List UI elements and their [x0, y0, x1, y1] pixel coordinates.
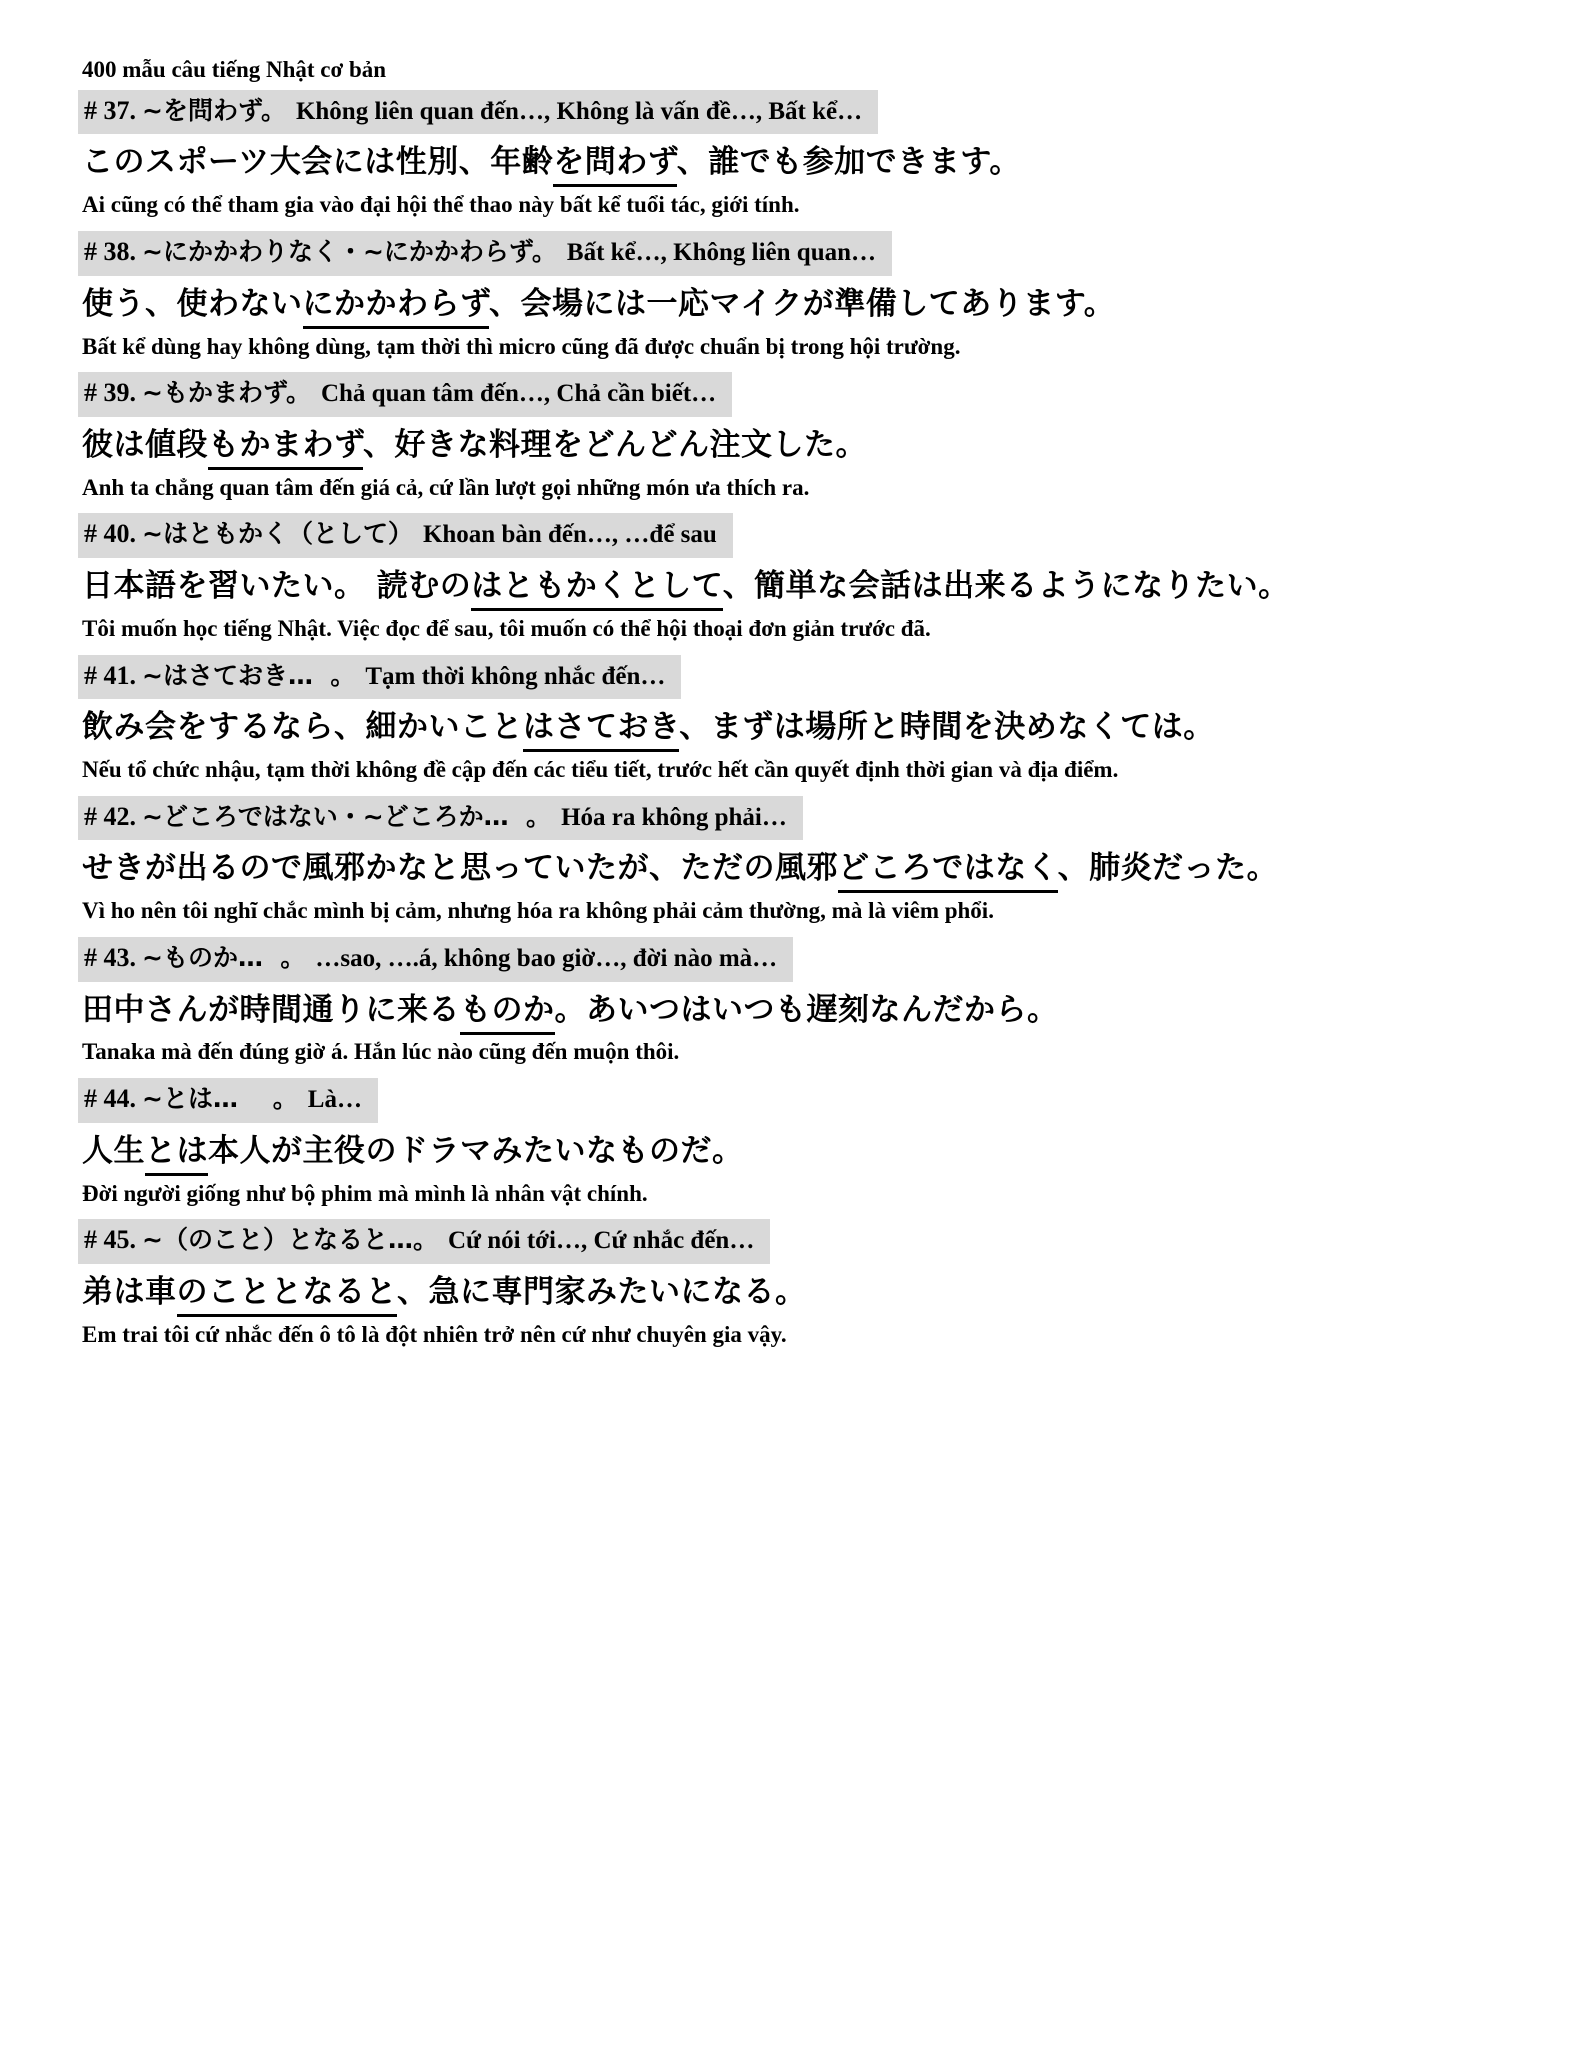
doc-title: 400 mẫu câu tiếng Nhật cơ bản	[82, 55, 1493, 85]
jp-text-pre: 日本語を習いたい。 読むの	[82, 568, 471, 604]
entry-header: # 37.~を問わず。Không liên quan đến…, Không l…	[78, 90, 878, 135]
jp-underlined-grammar: ものか	[460, 992, 555, 1035]
grammar-pattern-jp: ~（のこと）となると…。	[142, 1225, 438, 1254]
entry-header: # 43.~ものか… 。…sao, ….á, không bao giờ…, đ…	[78, 937, 793, 982]
jp-text-post: 、まずは場所と時間を決めなくては。	[679, 709, 1215, 745]
entry-header: # 45.~（のこと）となると…。Cứ nói tới…, Cứ nhắc đế…	[78, 1219, 770, 1264]
jp-text-post: 、好きな料理をどんどん注文した。	[363, 427, 867, 463]
jp-underlined-grammar: どころではなく	[838, 850, 1058, 893]
entry-header: # 41.~はさておき… 。Tạm thời không nhắc đến…	[78, 655, 681, 700]
example-sentence-jp: 飲み会をするなら、細かいことはさておき、まずは場所と時間を決めなくては。	[82, 705, 1493, 750]
pattern-meaning-vi: Cứ nói tới…, Cứ nhắc đến…	[448, 1227, 754, 1254]
jp-underlined-grammar: にかかわらず	[303, 286, 490, 329]
jp-underlined-grammar: のこととなると	[177, 1274, 398, 1317]
jp-text-pre: 飲み会をするなら、細かいこと	[82, 709, 523, 745]
example-sentence-jp: 日本語を習いたい。 読むのはともかくとして、簡単な会話は出来るようになりたい。	[82, 564, 1493, 609]
jp-underlined-grammar: はさておき	[523, 709, 679, 752]
jp-text-post: 。あいつはいつも遅刻なんだから。	[555, 992, 1059, 1028]
entry-header: # 40.~はともかく（として）Khoan bàn đến…, …để sau	[78, 513, 733, 558]
entry-number: # 44.	[84, 1084, 136, 1113]
grammar-entry-44: # 44.~とは… 。Là… 人生とは本人が主役のドラマみたいなものだ。 Đời…	[78, 1078, 1493, 1208]
grammar-entry-40: # 40.~はともかく（として）Khoan bàn đến…, …để sau …	[78, 513, 1493, 643]
jp-text-pre: 弟は車	[82, 1274, 177, 1310]
grammar-entry-45: # 45.~（のこと）となると…。Cứ nói tới…, Cứ nhắc đế…	[78, 1219, 1493, 1349]
entry-number: # 39.	[84, 378, 136, 407]
grammar-pattern-jp: ~を問わず。	[142, 96, 286, 125]
entry-header: # 42.~どころではない・~どころか… 。Hóa ra không phải…	[78, 796, 803, 841]
grammar-pattern-jp: ~はさておき… 。	[142, 661, 355, 690]
jp-text-pre: このスポーツ大会には性別、年齢	[82, 144, 553, 180]
grammar-entry-42: # 42.~どころではない・~どころか… 。Hóa ra không phải……	[78, 796, 1493, 926]
entry-number: # 38.	[84, 237, 136, 266]
jp-text-pre: 使う、使わない	[82, 286, 303, 322]
pattern-meaning-vi: Bất kể…, Không liên quan…	[567, 239, 876, 266]
grammar-pattern-jp: ~にかかわりなく・~にかかわらず。	[142, 237, 557, 266]
translation-vi: Ai cũng có thể tham gia vào đại hội thể …	[82, 191, 1493, 220]
pattern-meaning-vi: Tạm thời không nhắc đến…	[365, 663, 665, 690]
translation-vi: Nếu tổ chức nhậu, tạm thời không đề cập …	[82, 756, 1493, 785]
jp-text-post: 、会場には一応マイクが準備してあります。	[489, 286, 1115, 322]
example-sentence-jp: 人生とは本人が主役のドラマみたいなものだ。	[82, 1129, 1493, 1174]
pattern-meaning-vi: Hóa ra không phải…	[561, 804, 787, 831]
jp-text-pre: 田中さんが時間通りに来る	[82, 992, 460, 1028]
document-page: 400 mẫu câu tiếng Nhật cơ bản # 37.~を問わず…	[0, 0, 1583, 2048]
entry-number: # 37.	[84, 96, 136, 125]
translation-vi: Vì ho nên tôi nghĩ chắc mình bị cảm, như…	[82, 897, 1493, 926]
pattern-meaning-vi: Không liên quan đến…, Không là vấn đề…, …	[296, 98, 862, 125]
example-sentence-jp: せきが出るので風邪かなと思っていたが、ただの風邪どころではなく、肺炎だった。	[82, 846, 1493, 891]
translation-vi: Anh ta chẳng quan tâm đến giá cả, cứ lần…	[82, 474, 1493, 503]
jp-underlined-grammar: はともかくとして	[471, 568, 722, 611]
jp-text-post: 本人が主役のドラマみたいなものだ。	[208, 1133, 744, 1169]
example-sentence-jp: 使う、使わないにかかわらず、会場には一応マイクが準備してあります。	[82, 282, 1493, 327]
entry-header: # 39.~もかまわず。Chả quan tâm đến…, Chả cần b…	[78, 372, 732, 417]
translation-vi: Em trai tôi cứ nhắc đến ô tô là đột nhiê…	[82, 1321, 1493, 1350]
entry-number: # 45.	[84, 1225, 136, 1254]
jp-underlined-grammar: もかまわず	[208, 427, 363, 470]
grammar-pattern-jp: ~もかまわず。	[142, 378, 311, 407]
pattern-meaning-vi: Chả quan tâm đến…, Chả cần biết…	[321, 380, 716, 407]
jp-underlined-grammar: を問わず	[553, 144, 677, 187]
example-sentence-jp: このスポーツ大会には性別、年齢を問わず、誰でも参加できます。	[82, 140, 1493, 185]
jp-text-post: 、肺炎だった。	[1058, 850, 1279, 886]
grammar-entry-43: # 43.~ものか… 。…sao, ….á, không bao giờ…, đ…	[78, 937, 1493, 1067]
grammar-entry-41: # 41.~はさておき… 。Tạm thời không nhắc đến… 飲…	[78, 655, 1493, 785]
translation-vi: Đời người giống như bộ phim mà mình là n…	[82, 1180, 1493, 1209]
example-sentence-jp: 彼は値段もかまわず、好きな料理をどんどん注文した。	[82, 423, 1493, 468]
example-sentence-jp: 弟は車のこととなると、急に専門家みたいになる。	[82, 1270, 1493, 1315]
translation-vi: Tôi muốn học tiếng Nhật. Việc đọc để sau…	[82, 615, 1493, 644]
entry-number: # 40.	[84, 519, 136, 548]
example-sentence-jp: 田中さんが時間通りに来るものか。あいつはいつも遅刻なんだから。	[82, 988, 1493, 1033]
jp-text-pre: 人生	[82, 1133, 145, 1169]
translation-vi: Tanaka mà đến đúng giờ á. Hắn lúc nào cũ…	[82, 1038, 1493, 1067]
entry-header: # 38.~にかかわりなく・~にかかわらず。Bất kể…, Không liê…	[78, 231, 892, 276]
entry-number: # 43.	[84, 943, 136, 972]
pattern-meaning-vi: Là…	[308, 1086, 362, 1113]
entry-header: # 44.~とは… 。Là…	[78, 1078, 378, 1123]
pattern-meaning-vi: Khoan bàn đến…, …để sau	[423, 521, 717, 548]
entry-number: # 42.	[84, 802, 136, 831]
jp-text-post: 、簡単な会話は出来るようになりたい。	[723, 568, 1290, 604]
grammar-entry-38: # 38.~にかかわりなく・~にかかわらず。Bất kể…, Không liê…	[78, 231, 1493, 361]
grammar-pattern-jp: ~どころではない・~どころか… 。	[142, 802, 551, 831]
pattern-meaning-vi: …sao, ….á, không bao giờ…, đời nào mà…	[315, 945, 777, 972]
jp-text-post: 、急に専門家みたいになる。	[397, 1274, 807, 1310]
grammar-pattern-jp: ~ものか… 。	[142, 943, 305, 972]
jp-text-post: 、誰でも参加できます。	[677, 144, 1021, 180]
jp-text-pre: せきが出るので風邪かなと思っていたが、ただの風邪	[82, 850, 838, 886]
jp-text-pre: 彼は値段	[82, 427, 208, 463]
grammar-entry-37: # 37.~を問わず。Không liên quan đến…, Không l…	[78, 90, 1493, 220]
translation-vi: Bất kể dùng hay không dùng, tạm thời thì…	[82, 333, 1493, 362]
entry-number: # 41.	[84, 661, 136, 690]
grammar-pattern-jp: ~とは… 。	[142, 1084, 298, 1113]
grammar-pattern-jp: ~はともかく（として）	[142, 519, 413, 548]
grammar-entry-39: # 39.~もかまわず。Chả quan tâm đến…, Chả cần b…	[78, 372, 1493, 502]
jp-underlined-grammar: とは	[145, 1133, 208, 1176]
